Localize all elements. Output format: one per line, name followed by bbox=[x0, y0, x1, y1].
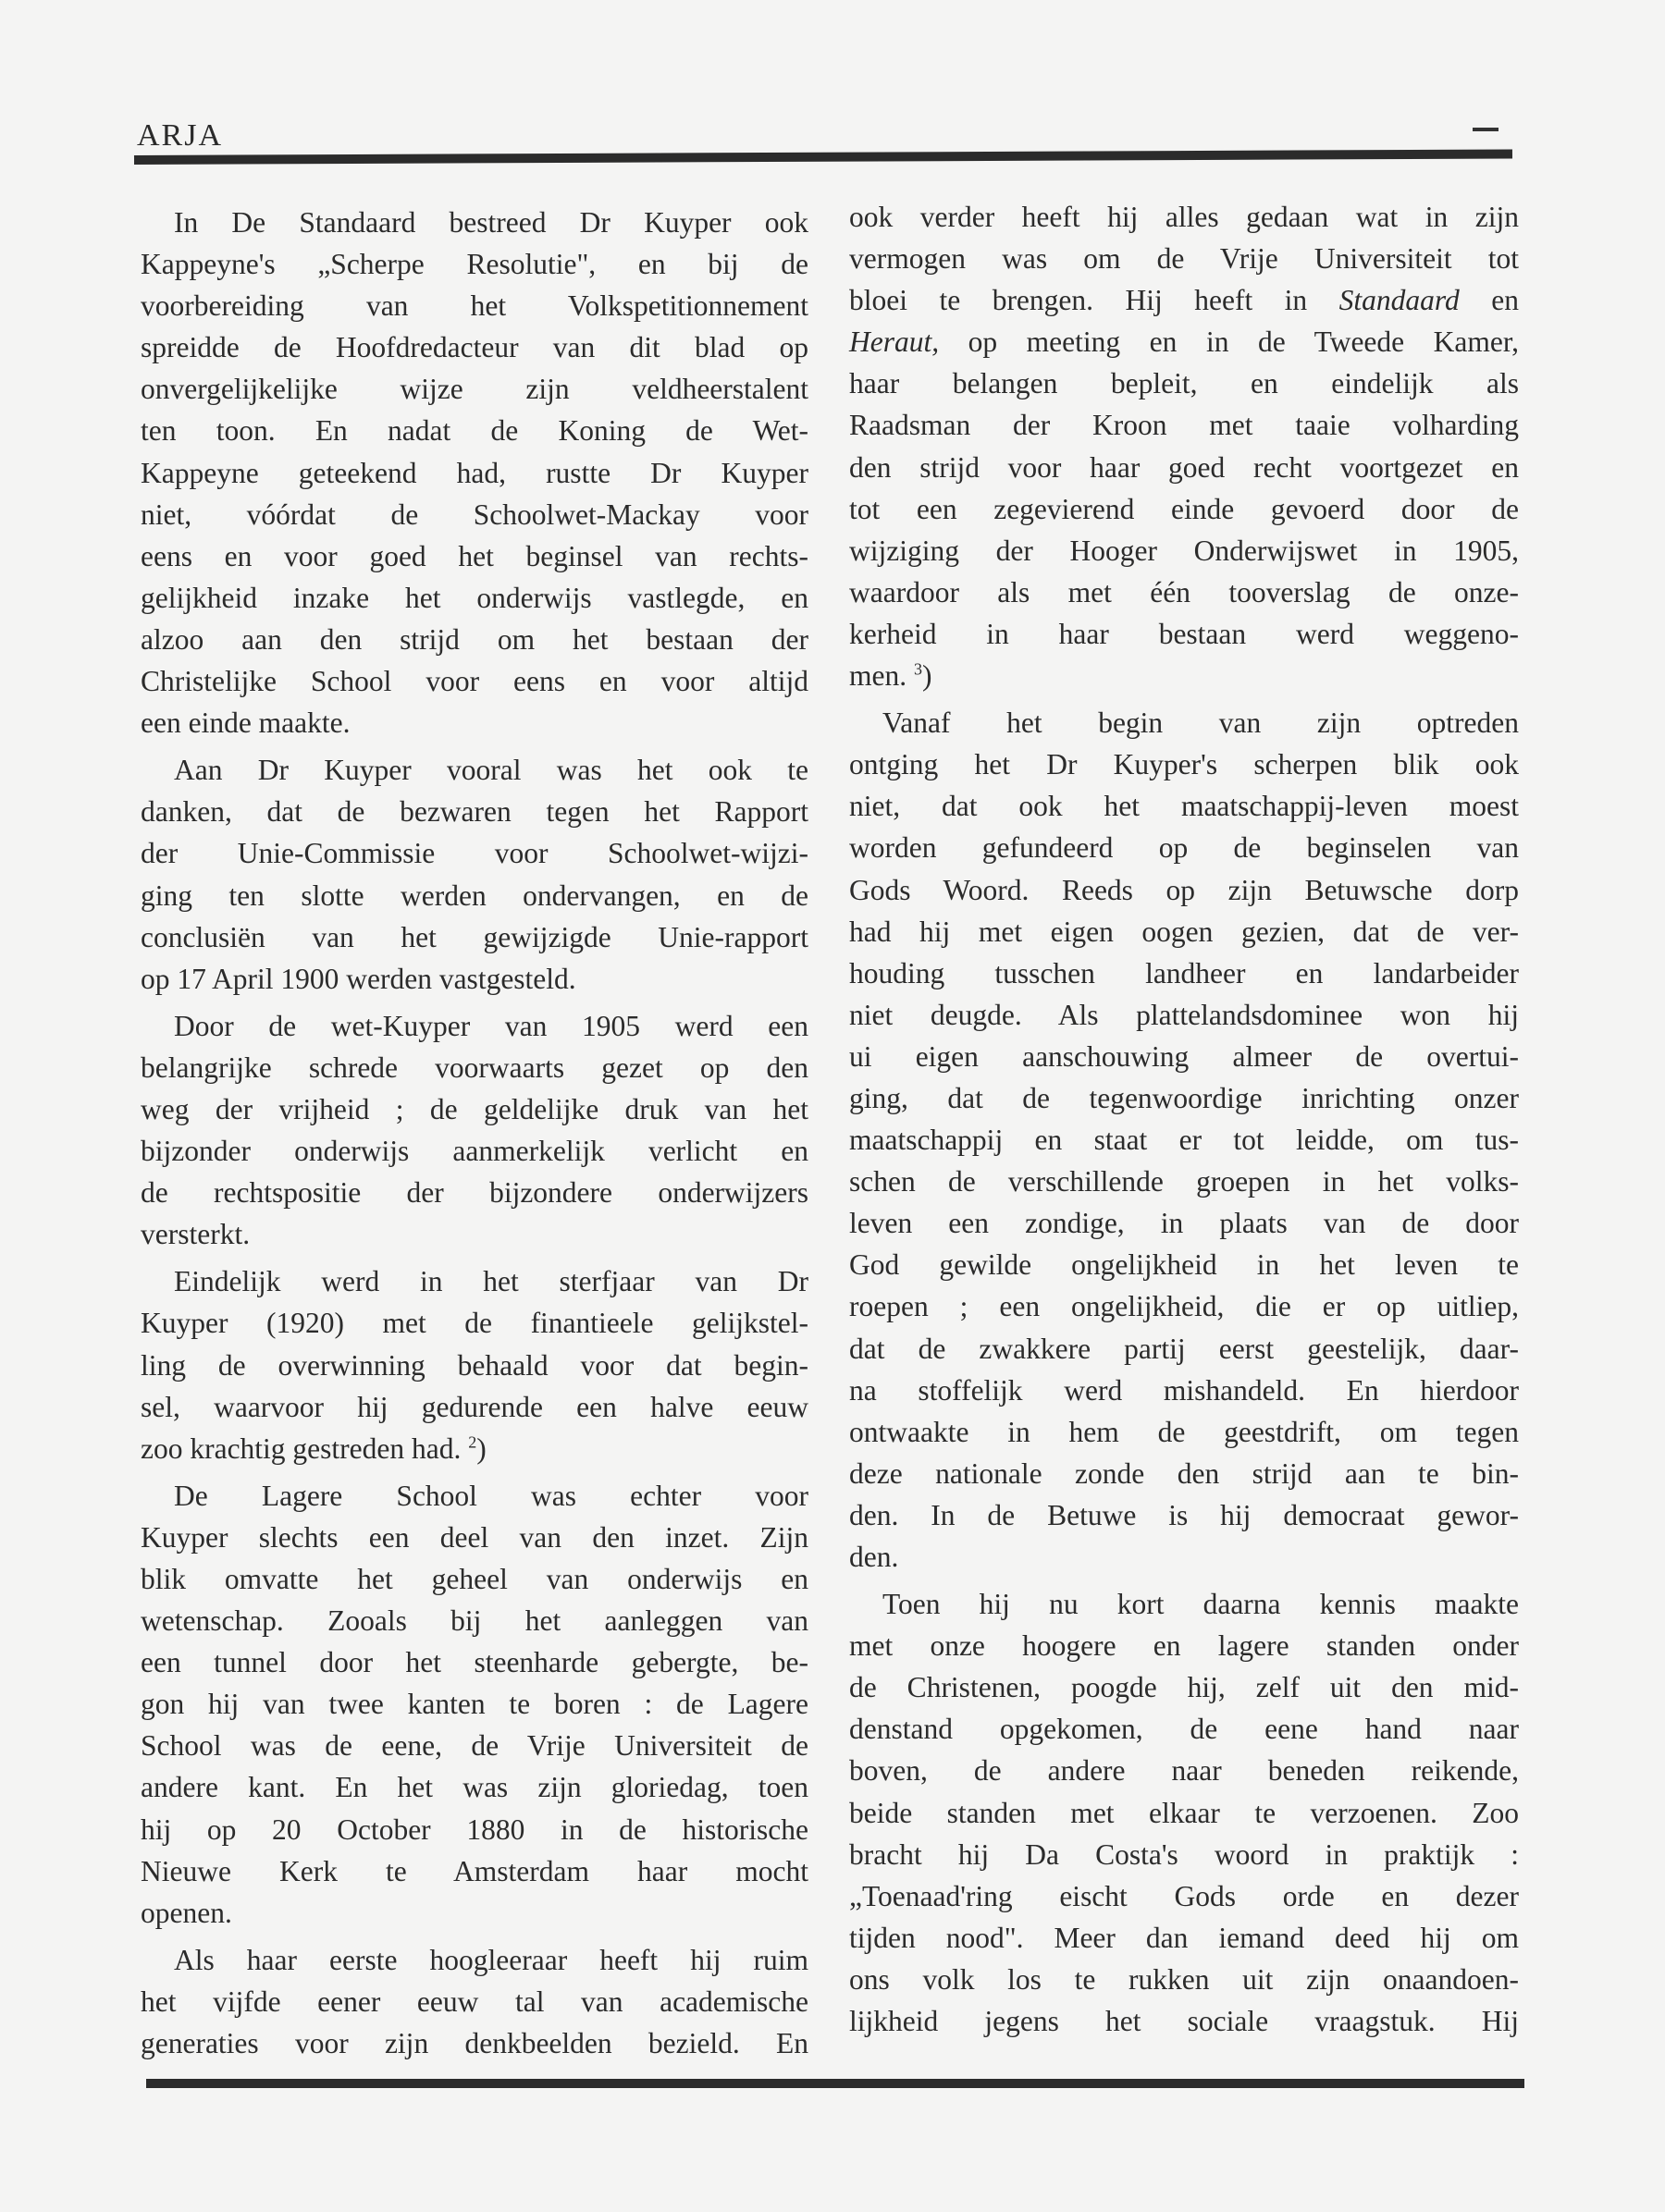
text-line: ging, dat de tegenwoordige inrichting on… bbox=[849, 1077, 1519, 1119]
text-line: Raadsman der Kroon met taaie volharding bbox=[849, 404, 1519, 446]
text-line: Toen hij nu kort daarna kennis maakte bbox=[849, 1583, 1519, 1625]
text-line: Nieuwe Kerk te Amsterdam haar mocht bbox=[141, 1850, 808, 1892]
text-line: School was de eene, de Vrije Universitei… bbox=[141, 1725, 808, 1766]
text-line: boven, de andere naar beneden reikende, bbox=[849, 1750, 1519, 1791]
text-line: op 17 April 1900 werden vastgesteld. bbox=[141, 958, 808, 1000]
text-line: wetenschap. Zooals bij het aanleggen van bbox=[141, 1600, 808, 1641]
text-line: den. In de Betuwe is hij democraat gewor… bbox=[849, 1494, 1519, 1536]
paragraph: Aan Dr Kuyper vooral was het ook tedanke… bbox=[141, 749, 808, 1000]
paragraph: ook verder heeft hij alles gedaan wat in… bbox=[849, 196, 1519, 696]
text-line: openen. bbox=[141, 1892, 808, 1934]
text-line: wijziging der Hooger Onderwijswet in 190… bbox=[849, 530, 1519, 571]
text-line: blik omvatte het geheel van onderwijs en bbox=[141, 1558, 808, 1600]
text-line: tot een zegevierend einde gevoerd door d… bbox=[849, 488, 1519, 530]
text-line: schen de verschillende groepen in het vo… bbox=[849, 1161, 1519, 1202]
text-line: niet deugde. Als plattelandsdominee won … bbox=[849, 994, 1519, 1036]
text-line: denstand opgekomen, de eene hand naar bbox=[849, 1708, 1519, 1750]
text-line: niet, dat ook het maatschappij-leven moe… bbox=[849, 785, 1519, 827]
text-line: Kuyper slechts een deel van den inzet. Z… bbox=[141, 1517, 808, 1558]
footnote-ref[interactable]: 2) bbox=[461, 1432, 486, 1465]
text-line: worden gefundeerd op de beginselen van bbox=[849, 827, 1519, 868]
text-line: alzoo aan den strijd om het bestaan der bbox=[141, 619, 808, 660]
text-line: deze nationale zonde den strijd aan te b… bbox=[849, 1453, 1519, 1494]
text-line: dat de zwakkere partij eerst geestelijk,… bbox=[849, 1328, 1519, 1370]
text-line: „Toenaad'ring eischt Gods orde en dezer bbox=[849, 1875, 1519, 1917]
text-line: ten toon. En nadat de Koning de Wet- bbox=[141, 410, 808, 451]
paragraph: Door de wet-Kuyper van 1905 werd eenbela… bbox=[141, 1005, 808, 1256]
text-line: een einde maakte. bbox=[141, 702, 808, 743]
text-line: Heraut, op meeting en in de Tweede Kamer… bbox=[849, 321, 1519, 363]
text-line: kerheid in haar bestaan werd weggeno- bbox=[849, 613, 1519, 655]
text-line: gon hij van twee kanten te boren : de La… bbox=[141, 1683, 808, 1725]
text-line: Aan Dr Kuyper vooral was het ook te bbox=[141, 749, 808, 791]
paragraph: Eindelijk werd in het sterfjaar van DrKu… bbox=[141, 1260, 808, 1469]
page-number-mark bbox=[1473, 128, 1498, 131]
text-line: conclusiën van het gewijzigde Unie-rappo… bbox=[141, 916, 808, 958]
paragraph: Vanaf het begin van zijn optredenontging… bbox=[849, 702, 1519, 1578]
text-line: Kappeyne's „Scherpe Resolutie", en bij d… bbox=[141, 243, 808, 285]
text-line: den. bbox=[849, 1536, 1519, 1578]
text-line: maatschappij en staat er tot leidde, om … bbox=[849, 1119, 1519, 1161]
left-column: In De Standaard bestreed Dr Kuyper ookKa… bbox=[141, 202, 808, 2070]
text-line: men. 3) bbox=[849, 655, 1519, 696]
right-column: ook verder heeft hij alles gedaan wat in… bbox=[849, 196, 1519, 2047]
text-line: leven een zondige, in plaats van de door bbox=[849, 1202, 1519, 1244]
header-rule bbox=[134, 149, 1512, 165]
text-line: gelijkheid inzake het onderwijs vastlegd… bbox=[141, 577, 808, 619]
text-line: ontging het Dr Kuyper's scherpen blik oo… bbox=[849, 743, 1519, 785]
text-line: houding tusschen landheer en landarbeide… bbox=[849, 952, 1519, 994]
text-line: een tunnel door het steenharde gebergte,… bbox=[141, 1641, 808, 1683]
paragraph: Toen hij nu kort daarna kennis maaktemet… bbox=[849, 1583, 1519, 2042]
text-line: Kappeyne geteekend had, rustte Dr Kuyper bbox=[141, 452, 808, 494]
text-line: bracht hij Da Costa's woord in praktijk … bbox=[849, 1834, 1519, 1875]
text-line: haar belangen bepleit, en eindelijk als bbox=[849, 363, 1519, 404]
text-line: Christelijke School voor eens en voor al… bbox=[141, 660, 808, 702]
text-line: Eindelijk werd in het sterfjaar van Dr bbox=[141, 1260, 808, 1302]
text-line: God gewilde ongelijkheid in het leven te bbox=[849, 1244, 1519, 1285]
text-line: vermogen was om de Vrije Universiteit to… bbox=[849, 238, 1519, 279]
text-line: weg der vrijheid ; de geldelijke druk va… bbox=[141, 1088, 808, 1130]
paragraph: In De Standaard bestreed Dr Kuyper ookKa… bbox=[141, 202, 808, 743]
text-line: Kuyper (1920) met de finantieele gelijks… bbox=[141, 1302, 808, 1344]
text-line: generaties voor zijn denkbeelden bezield… bbox=[141, 2022, 808, 2064]
text-line: ons volk los te rukken uit zijn onaandoe… bbox=[849, 1959, 1519, 2000]
text-line: Als haar eerste hoogleeraar heeft hij ru… bbox=[141, 1939, 808, 1981]
text-line: zoo krachtig gestreden had. 2) bbox=[141, 1428, 808, 1469]
text-line: belangrijke schrede voorwaarts gezet op … bbox=[141, 1047, 808, 1088]
text-line: lijkheid jegens het sociale vraagstuk. H… bbox=[849, 2000, 1519, 2042]
footnote-ref[interactable]: 3) bbox=[906, 659, 931, 692]
text-line: Door de wet-Kuyper van 1905 werd een bbox=[141, 1005, 808, 1047]
text-line: had hij met eigen oogen gezien, dat de v… bbox=[849, 911, 1519, 952]
text-line: ook verder heeft hij alles gedaan wat in… bbox=[849, 196, 1519, 238]
text-line: met onze hoogere en lagere standen onder bbox=[849, 1625, 1519, 1666]
text-line: de rechtspositie der bijzondere onderwij… bbox=[141, 1172, 808, 1213]
text-line: spreidde de Hoofdredacteur van dit blad … bbox=[141, 326, 808, 368]
text-line: Vanaf het begin van zijn optreden bbox=[849, 702, 1519, 743]
text-line: eens en voor goed het beginsel van recht… bbox=[141, 535, 808, 577]
text-line: beide standen met elkaar te verzoenen. Z… bbox=[849, 1792, 1519, 1834]
text-line: ontwaakte in hem de geestdrift, om tegen bbox=[849, 1411, 1519, 1453]
running-head: ARJA bbox=[137, 118, 223, 154]
text-line: andere kant. En het was zijn gloriedag, … bbox=[141, 1766, 808, 1808]
text-line: bloei te brengen. Hij heeft in Standaard… bbox=[849, 279, 1519, 321]
text-line: ging ten slotte werden ondervangen, en d… bbox=[141, 875, 808, 916]
text-line: voorbereiding van het Volkspetitionnemen… bbox=[141, 285, 808, 326]
text-line: Gods Woord. Reeds op zijn Betuwsche dorp bbox=[849, 869, 1519, 911]
text-line: sel, waarvoor hij gedurende een halve ee… bbox=[141, 1386, 808, 1428]
text-line: onvergelijkelijke wijze zijn veldheersta… bbox=[141, 368, 808, 410]
paragraph: De Lagere School was echter voorKuyper s… bbox=[141, 1475, 808, 1934]
text-line: niet, vóórdat de Schoolwet-Mackay voor bbox=[141, 494, 808, 535]
text-line: waardoor als met één tooverslag de onze- bbox=[849, 571, 1519, 613]
footer-rule bbox=[146, 2079, 1524, 2088]
text-line: hij op 20 October 1880 in de historische bbox=[141, 1809, 808, 1850]
text-line: De Lagere School was echter voor bbox=[141, 1475, 808, 1517]
paragraph: Als haar eerste hoogleeraar heeft hij ru… bbox=[141, 1939, 808, 2064]
text-line: ling de overwinning behaald voor dat beg… bbox=[141, 1345, 808, 1386]
text-line: het vijfde eener eeuw tal van academisch… bbox=[141, 1981, 808, 2022]
text-line: roepen ; een ongelijkheid, die er op uit… bbox=[849, 1285, 1519, 1327]
text-line: versterkt. bbox=[141, 1213, 808, 1255]
text-line: tijden nood". Meer dan iemand deed hij o… bbox=[849, 1917, 1519, 1959]
text-line: ui eigen aanschouwing almeer de overtui- bbox=[849, 1036, 1519, 1077]
text-line: den strijd voor haar goed recht voortgez… bbox=[849, 447, 1519, 488]
text-line: der Unie-Commissie voor Schoolwet-wijzi- bbox=[141, 832, 808, 874]
text-line: In De Standaard bestreed Dr Kuyper ook bbox=[141, 202, 808, 243]
text-line: de Christenen, poogde hij, zelf uit den … bbox=[849, 1666, 1519, 1708]
text-line: na stoffelijk werd mishandeld. En hierdo… bbox=[849, 1370, 1519, 1411]
text-line: danken, dat de bezwaren tegen het Rappor… bbox=[141, 791, 808, 832]
text-line: bijzonder onderwijs aanmerkelijk verlich… bbox=[141, 1130, 808, 1172]
